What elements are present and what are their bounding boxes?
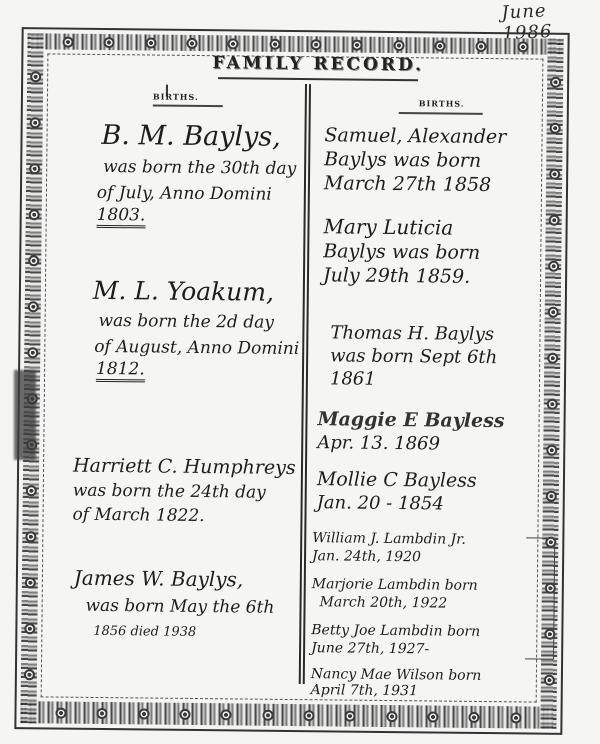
entry-name: Maggie E Bayless [317,408,504,432]
entry-date: Jan. 24th, 1920 [312,548,466,566]
entry-text: Baylys was born [323,240,480,264]
entry-date: March 20th, 1922 [320,594,478,612]
entry-year: 1803. [96,205,145,229]
column-divider [299,84,311,684]
entry-text: of March 1822. [72,505,295,527]
right-header-rule [399,112,483,115]
birth-entry: William J. Lambdin Jr. Jan. 24th, 1920 [312,530,466,566]
birth-entry: Thomas H. Baylys was born Sept 6th 1861 [330,322,498,391]
entry-date: July 29th 1859. [323,264,480,288]
birth-entry: Nancy Mae Wilson born April 7th, 1931 [311,666,482,700]
birth-entry: B. M. Baylys, was born the 30th day of J… [97,120,297,227]
title-underline [218,77,418,81]
entry-date: Jan. 20 - 1854 [317,492,477,515]
entry-text: Baylys was born [324,148,506,172]
entry-name: Marjorie Lambdin born [312,576,478,594]
entry-name: Mollie C Bayless [317,468,477,492]
left-header-rule [153,104,223,107]
entry-text: was born Sept 6th [330,345,497,368]
birth-entry: James W. Baylys, was born May the 6th 18… [73,566,275,641]
right-column-header: BIRTHS. [419,98,465,108]
entry-year: 1856 died 1938 [93,624,274,641]
entry-text: was born the 24th day [73,481,296,503]
birth-entry: Mollie C Bayless Jan. 20 - 1854 [317,468,477,515]
birth-entry: Harriett C. Humphreys was born the 24th … [72,455,295,527]
entry-date: Apr. 13. 1869 [317,432,504,455]
entry-date: April 7th, 1931 [311,682,482,700]
birth-entry: Marjorie Lambdin born March 20th, 1922 [312,576,478,612]
entry-name: William J. Lambdin Jr. [312,530,466,548]
birth-entry: Maggie E Bayless Apr. 13. 1869 [317,408,505,455]
entry-date: June 27th, 1927- [311,640,480,658]
page-title: FAMILY RECORD. [203,53,433,75]
entry-date: 1861 [330,368,497,391]
birth-entry: Mary Luticia Baylys was born July 29th 1… [323,214,481,288]
record-content: FAMILY RECORD. BIRTHS. BIRTHS. B. M. Bay… [0,0,600,744]
entry-year: 1812. [96,359,145,383]
entry-name: Samuel, Alexander [324,124,506,148]
entry-name: Mary Luticia [323,214,480,240]
birth-entry: Samuel, Alexander Baylys was born March … [324,124,507,196]
entry-name: Betty Joe Lambdin born [311,622,480,640]
entry-name: Thomas H. Baylys [330,322,497,345]
entry-name: B. M. Baylys, [101,120,296,153]
entry-text: of July, Anno Domini [97,183,296,205]
birth-entry: Betty Joe Lambdin born June 27th, 1927- [311,622,480,658]
entry-text: was born the 30th day [103,157,296,179]
entry-name: M. L. Yoakum, [93,276,300,307]
entry-text: was born May the 6th [85,596,274,618]
entry-text: of August, Anno Domini [94,337,299,359]
entry-date: March 27th 1858 [324,172,506,196]
entry-name: Nancy Mae Wilson born [311,666,482,684]
pasted-paper-edge [525,537,555,659]
birth-entry: M. L. Yoakum, was born the 2d day of Aug… [88,276,300,381]
left-column-header: BIRTHS. [153,91,199,101]
entry-text: was born the 2d day [98,311,299,333]
entry-name: Harriett C. Humphreys [73,455,296,479]
entry-name: James W. Baylys, [74,566,275,592]
